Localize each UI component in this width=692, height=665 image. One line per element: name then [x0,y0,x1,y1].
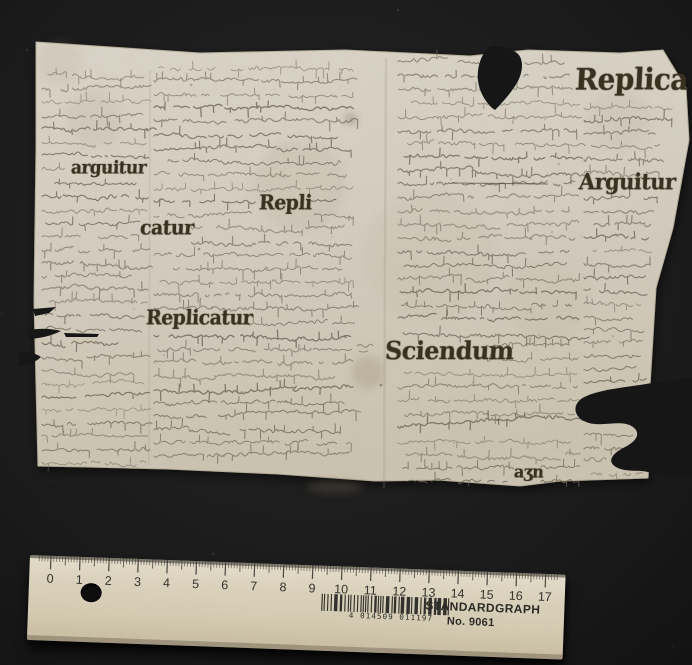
ink-speck [558,163,561,166]
ink-speck [190,84,193,87]
ink-speck [389,345,391,347]
ink-speck [453,442,454,443]
ink-speck [551,231,553,233]
dust-speck [672,645,674,647]
dust-speck [212,553,215,556]
dust-speck [52,481,54,483]
ink-speck [380,384,383,387]
cm-number: 3 [134,575,142,589]
ink-speck [530,238,533,241]
ruler-model: No. 9061 [447,615,495,629]
barcode-bar [400,597,404,614]
ink-speck [331,236,332,237]
ink-speck [520,131,521,132]
cm-number: 7 [250,579,258,593]
cm-number: 8 [279,580,287,594]
ink-speck [163,354,165,356]
ink-speck [223,455,225,457]
ink-speck [90,289,91,290]
ink-speck [198,248,201,251]
ink-speck [146,128,148,130]
ink-speck [450,178,451,179]
barcode-bar [386,596,390,613]
barcode-bar [414,597,418,614]
dust-speck [388,34,389,35]
cm-number: 1 [75,573,83,587]
ink-speck [133,308,135,310]
ink-speck [544,118,547,121]
ink-speck [105,168,107,170]
cm-number: 5 [192,577,200,591]
ink-speck [538,334,539,335]
cm-number: 2 [105,574,113,588]
ink-speck [437,399,438,400]
cm-number: 0 [46,572,54,586]
ink-speck [320,185,322,187]
ink-speck [580,235,581,236]
ink-speck [552,387,554,389]
dust-speck [26,49,29,52]
ink-speck [584,121,585,122]
barcode-bar [406,597,410,614]
cm-number: 4 [163,576,171,590]
barcode-bar [334,594,338,611]
ink-speck [610,116,612,118]
cm-number: 6 [221,578,229,592]
dust-speck [1,313,4,316]
ink-speck [612,335,614,337]
ink-speck [575,321,576,322]
cm-number: 9 [308,581,316,595]
ink-speck [189,441,191,443]
ink-speck [497,419,500,422]
photograph: arguiturReplicaturReplicaturSciendumRepl… [0,0,692,665]
dust-speck [397,9,400,12]
ink-speck [322,219,323,220]
